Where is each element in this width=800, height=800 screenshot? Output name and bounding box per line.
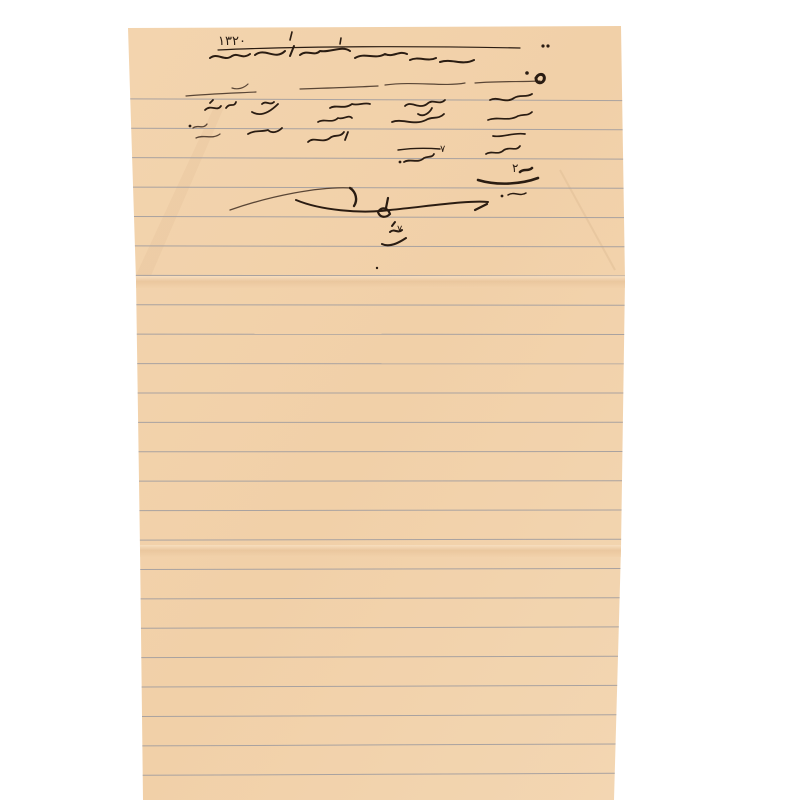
svg-text:٧: ٧	[440, 144, 446, 155]
scanned-document: ١٣٢٠	[0, 0, 800, 800]
svg-text:٧: ٧	[397, 224, 403, 235]
horizontal-fold-lower	[120, 545, 640, 557]
ruled-line	[120, 305, 630, 306]
horizontal-fold-upper	[120, 276, 640, 288]
ruled-line	[120, 275, 630, 276]
header-year: ١٣٢٠	[218, 34, 246, 49]
ruled-line	[120, 510, 630, 511]
ruled-line	[120, 481, 630, 482]
svg-text:٢: ٢	[512, 161, 518, 175]
